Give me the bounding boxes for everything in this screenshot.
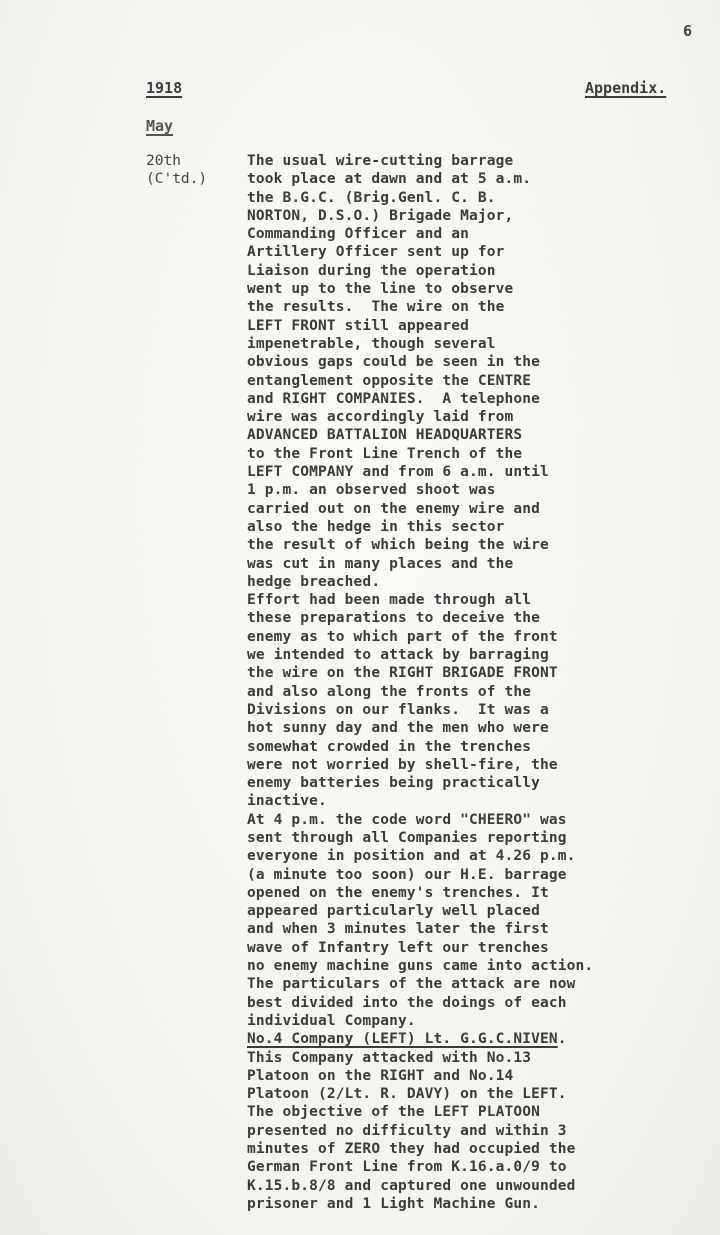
text-line: we intended to attack by barraging bbox=[247, 646, 697, 664]
text-line: the B.G.C. (Brig.Genl. C. B. bbox=[247, 189, 697, 207]
text-line: enemy batteries being practically bbox=[247, 774, 697, 792]
text-line: and also along the fronts of the bbox=[247, 683, 697, 701]
section-heading: No.4 Company (LEFT) Lt. G.G.C.NIVEN bbox=[247, 1031, 558, 1047]
text-line: minutes of ZERO they had occupied the bbox=[247, 1140, 697, 1158]
page-number: 6 bbox=[683, 22, 692, 40]
text-line: K.15.b.8/8 and captured one unwounded bbox=[247, 1177, 697, 1195]
text-line: sent through all Companies reporting bbox=[247, 829, 697, 847]
text-line: LEFT COMPANY and from 6 a.m. until bbox=[247, 463, 697, 481]
text-line: to the Front Line Trench of the bbox=[247, 445, 697, 463]
entry-date: 20th bbox=[146, 152, 207, 170]
text-line: appeared particularly well placed bbox=[247, 902, 697, 920]
entry-date-note: (C'td.) bbox=[146, 170, 207, 188]
text-line: Artillery Officer sent up for bbox=[247, 243, 697, 261]
text-line: the result of which being the wire bbox=[247, 536, 697, 554]
text-line: individual Company. bbox=[247, 1012, 697, 1030]
text-line: German Front Line from K.16.a.0/9 to bbox=[247, 1158, 697, 1176]
text-line: Divisions on our flanks. It was a bbox=[247, 701, 697, 719]
text-line: At 4 p.m. the code word "CHEERO" was bbox=[247, 811, 697, 829]
section-heading-line: No.4 Company (LEFT) Lt. G.G.C.NIVEN. bbox=[247, 1030, 697, 1048]
text-line: Liaison during the operation bbox=[247, 262, 697, 280]
text-line: prisoner and 1 Light Machine Gun. bbox=[247, 1195, 697, 1213]
text-line: The particulars of the attack are now bbox=[247, 975, 697, 993]
text-line: was cut in many places and the bbox=[247, 555, 697, 573]
text-line: hedge breached. bbox=[247, 573, 697, 591]
text-line: took place at dawn and at 5 a.m. bbox=[247, 170, 697, 188]
text-line: best divided into the doings of each bbox=[247, 994, 697, 1012]
text-line: (a minute too soon) our H.E. barrage bbox=[247, 866, 697, 884]
text-line: somewhat crowded in the trenches bbox=[247, 738, 697, 756]
text-line: were not worried by shell-fire, the bbox=[247, 756, 697, 774]
text-line: NORTON, D.S.O.) Brigade Major, bbox=[247, 207, 697, 225]
text-line: no enemy machine guns came into action. bbox=[247, 957, 697, 975]
text-line: also the hedge in this sector bbox=[247, 518, 697, 536]
text-line: went up to the line to observe bbox=[247, 280, 697, 298]
text-line: and when 3 minutes later the first bbox=[247, 920, 697, 938]
month-heading: May bbox=[146, 117, 173, 135]
appendix-heading: Appendix. bbox=[585, 79, 666, 97]
text-line: ADVANCED BATTALION HEADQUARTERS bbox=[247, 426, 697, 444]
text-line: Platoon (2/Lt. R. DAVY) on the LEFT. bbox=[247, 1085, 697, 1103]
text-line: enemy as to which part of the front bbox=[247, 628, 697, 646]
text-line: the results. The wire on the bbox=[247, 298, 697, 316]
text-line: Platoon on the RIGHT and No.14 bbox=[247, 1067, 697, 1085]
year-heading: 1918 bbox=[146, 79, 182, 97]
text-line: LEFT FRONT still appeared bbox=[247, 317, 697, 335]
text-line: presented no difficulty and within 3 bbox=[247, 1122, 697, 1140]
text-line: carried out on the enemy wire and bbox=[247, 500, 697, 518]
text-line: The objective of the LEFT PLATOON bbox=[247, 1103, 697, 1121]
text-line: The usual wire-cutting barrage bbox=[247, 152, 697, 170]
text-line: opened on the enemy's trenches. It bbox=[247, 884, 697, 902]
text-line: wave of Infantry left our trenches bbox=[247, 939, 697, 957]
text-line: entanglement opposite the CENTRE bbox=[247, 372, 697, 390]
text-line: these preparations to deceive the bbox=[247, 609, 697, 627]
entry-body: The usual wire-cutting barragetook place… bbox=[247, 152, 697, 1213]
text-line: and RIGHT COMPANIES. A telephone bbox=[247, 390, 697, 408]
text-line: 1 p.m. an observed shoot was bbox=[247, 481, 697, 499]
typewritten-page: 6 1918 Appendix. May 20th (C'td.) The us… bbox=[0, 0, 720, 1235]
text-line: This Company attacked with No.13 bbox=[247, 1049, 697, 1067]
text-line: Commanding Officer and an bbox=[247, 225, 697, 243]
text-line: hot sunny day and the men who were bbox=[247, 719, 697, 737]
text-line: everyone in position and at 4.26 p.m. bbox=[247, 847, 697, 865]
text-line: inactive. bbox=[247, 792, 697, 810]
date-column: 20th (C'td.) bbox=[146, 152, 207, 189]
text-line: obvious gaps could be seen in the bbox=[247, 353, 697, 371]
text-line: Effort had been made through all bbox=[247, 591, 697, 609]
text-line: impenetrable, though several bbox=[247, 335, 697, 353]
text-line: the wire on the RIGHT BRIGADE FRONT bbox=[247, 664, 697, 682]
section-heading-period: . bbox=[558, 1031, 567, 1047]
text-line: wire was accordingly laid from bbox=[247, 408, 697, 426]
